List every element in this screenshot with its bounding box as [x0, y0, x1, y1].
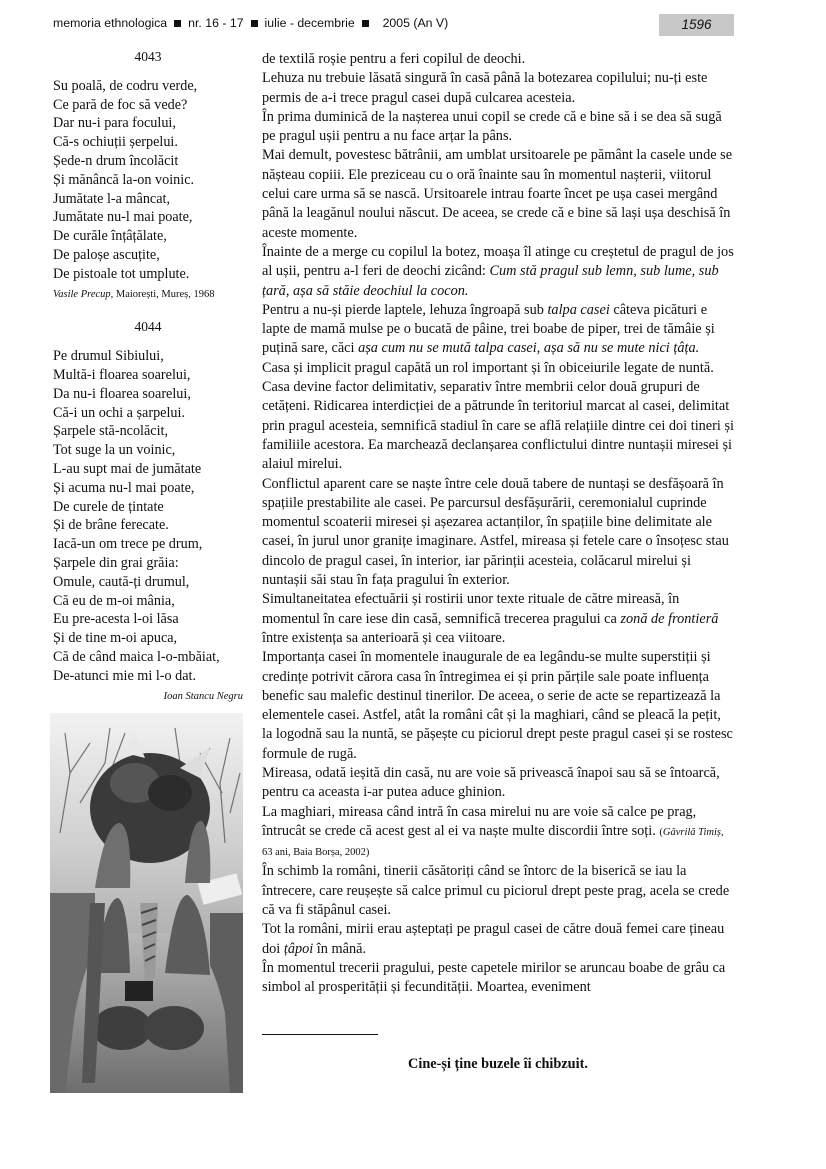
poem-line: De-atunci mie mi l-o dat. — [53, 667, 243, 686]
article-paragraph: de textilă roșie pentru a feri copilul d… — [262, 50, 734, 69]
poem-line: Multă-i floarea soarelui, — [53, 366, 243, 385]
paragraph-text: În schimb la români, tinerii căsătoriți … — [262, 863, 729, 918]
poem-line: Su poală, de codru verde, — [53, 77, 243, 96]
poem-line: De curele de țintate — [53, 498, 243, 517]
poem-number: 4044 — [53, 318, 243, 337]
poem-line: Și mănâncă la-on voinic. — [53, 171, 243, 190]
paragraph-text: În prima duminică de la nașterea unui co… — [262, 109, 722, 144]
poem-line: Iacă-un om trece pe drum, — [53, 535, 243, 554]
poem-attribution: Ioan Stancu Negru — [53, 688, 243, 707]
poem-line: Jumătate nu-l mai poate, — [53, 208, 243, 227]
poem-line: Că de când maica l-o-mbăiat, — [53, 648, 243, 667]
footer-proverb: Cine-și ține buzele îi chibzuit. — [262, 1056, 734, 1073]
attribution-place: , Maiorești, Mureș, 1968 — [111, 289, 215, 300]
poem-line: De pistoale tot umplute. — [53, 265, 243, 284]
article-paragraph: Tot la români, mirii erau așteptați pe p… — [262, 920, 734, 959]
poem-line: Ce pară de foc să vede? — [53, 96, 243, 115]
paragraph-text: de textilă roșie pentru a feri copilul d… — [262, 51, 525, 67]
paragraph-text: în mână. — [313, 941, 366, 957]
page-number: 1596 — [659, 14, 734, 36]
article-paragraph: Mireasa, odată ieșită din casă, nu are v… — [262, 764, 734, 803]
running-header: memoria ethnologicanr. 16 - 17iulie - de… — [53, 14, 733, 36]
citation: (Găvrilă Timiș — [659, 827, 721, 838]
paragraph-text: În momentul trecerii pragului, peste cap… — [262, 960, 725, 995]
poem-4043: Su poală, de codru verde,Ce pară de foc … — [53, 77, 243, 284]
poem-line: De paloșe ascuțite, — [53, 246, 243, 265]
separator-square-icon — [174, 20, 181, 27]
poem-4044: Pe drumul Sibiului,Multă-i floarea soare… — [53, 347, 243, 685]
poem-line: Și de brâne ferecate. — [53, 516, 243, 535]
separator-square-icon — [251, 20, 258, 27]
poem-line: Șede-n drum încolăcit — [53, 152, 243, 171]
separator-square-icon — [362, 20, 369, 27]
emphasis-text: talpa casei — [547, 302, 609, 318]
issue-number: nr. 16 - 17 — [188, 16, 243, 30]
citation-informant: Găvrilă Timiș — [663, 827, 721, 838]
poem-line: Șarpele stă-ncolăcit, — [53, 422, 243, 441]
article-paragraph: În prima duminică de la nașterea unui co… — [262, 108, 734, 147]
poem-number: 4043 — [53, 48, 243, 67]
article-paragraph: Importanța casei în momentele inaugurale… — [262, 648, 734, 764]
paragraph-text: La maghiari, mireasa când intră în casa … — [262, 804, 696, 839]
paragraph-text: Conflictul aparent care se naște între c… — [262, 476, 729, 588]
poem-line: Eu pre-acesta l-oi lăsa — [53, 610, 243, 629]
article-paragraph: Pentru a nu-și pierde laptele, lehuza în… — [262, 301, 734, 359]
poem-line: Tot suge la un voinic, — [53, 441, 243, 460]
poem-line: Da nu-i floarea soarelui, — [53, 385, 243, 404]
paragraph-text: Simultaneitatea efectuării și rostirii u… — [262, 591, 679, 626]
paragraph-text: Lehuza nu trebuie lăsată singură în casă… — [262, 70, 707, 105]
paragraph-text: Mireasa, odată ieșită din casă, nu are v… — [262, 765, 720, 800]
paragraph-text: între existența sa anterioară și cea vii… — [262, 630, 505, 646]
poem-line: Omule, caută-ți drumul, — [53, 573, 243, 592]
issue-period: iulie - decembrie — [265, 16, 355, 30]
poem-line: Jumătate l-a mâncat, — [53, 190, 243, 209]
poem-attribution: Vasile Precup, Maiorești, Mureș, 1968 — [53, 286, 243, 305]
header-text: memoria ethnologicanr. 16 - 17iulie - de… — [53, 16, 448, 30]
journal-title: memoria ethnologica — [53, 16, 167, 30]
emphasis-text: țâpoi — [284, 941, 313, 957]
poem-line: De curăle înțâțălate, — [53, 227, 243, 246]
paragraph-text: Mai demult, povestesc bătrânii, am umbla… — [262, 147, 732, 240]
article-paragraph: Înainte de a merge cu copilul la botez, … — [262, 243, 734, 301]
folk-costume-photo — [50, 713, 243, 1093]
poem-line: L-au supt mai de jumătate — [53, 460, 243, 479]
article-paragraph: Lehuza nu trebuie lăsată singură în casă… — [262, 69, 734, 108]
article-paragraph: În momentul trecerii pragului, peste cap… — [262, 959, 734, 998]
article-paragraph: La maghiari, mireasa când intră în casa … — [262, 803, 734, 863]
poem-line: Că-s ochiuții șerpelui. — [53, 133, 243, 152]
article-paragraph: Casa și implicit pragul capătă un rol im… — [262, 359, 734, 475]
issue-year: 2005 (An V) — [383, 16, 449, 30]
footnote-divider — [262, 1034, 378, 1035]
left-column: 4043 Su poală, de codru verde,Ce pară de… — [53, 48, 243, 706]
emphasis-text: așa cum nu se mută talpa casei, așa să n… — [358, 340, 699, 356]
emphasis-text: zonă de frontieră — [620, 611, 718, 627]
poem-line: Că-i un ochi a șarpelui. — [53, 404, 243, 423]
article-paragraph: Simultaneitatea efectuării și rostirii u… — [262, 590, 734, 648]
paragraph-text: Casa și implicit pragul capătă un rol im… — [262, 360, 734, 472]
poem-line: Pe drumul Sibiului, — [53, 347, 243, 366]
poem-line: Dar nu-i para focului, — [53, 114, 243, 133]
poem-line: Șarpele din grai grăia: — [53, 554, 243, 573]
article-paragraph: Mai demult, povestesc bătrânii, am umbla… — [262, 146, 734, 242]
attribution-name: Vasile Precup — [53, 289, 111, 300]
main-article-text: de textilă roșie pentru a feri copilul d… — [262, 50, 734, 998]
article-paragraph: Conflictul aparent care se naște între c… — [262, 475, 734, 591]
article-paragraph: În schimb la români, tinerii căsătoriți … — [262, 862, 734, 920]
poem-line: Că eu de m-oi mânia, — [53, 592, 243, 611]
poem-line: Și acuma nu-l mai poate, — [53, 479, 243, 498]
poem-line: Și de tine m-oi apuca, — [53, 629, 243, 648]
paragraph-text: Importanța casei în momentele inaugurale… — [262, 649, 733, 761]
paragraph-text: Pentru a nu-și pierde laptele, lehuza în… — [262, 302, 547, 318]
